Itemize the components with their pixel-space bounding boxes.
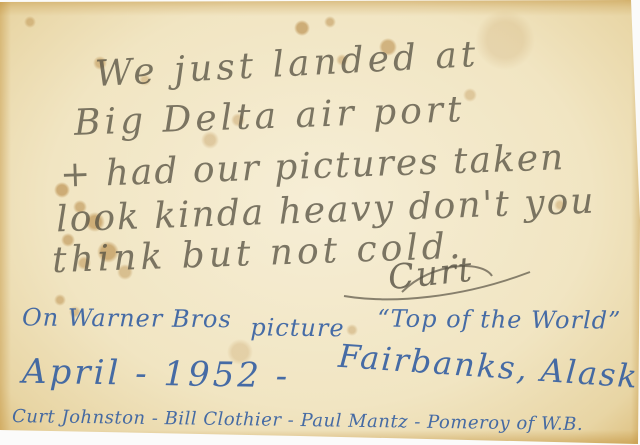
- ink-production-line: On Warner Bros picture “Top of the World…: [22, 303, 622, 336]
- production-prefix: On Warner Bros: [22, 303, 232, 333]
- film-title: “Top of the World”: [377, 304, 621, 334]
- production-word: picture: [250, 313, 345, 342]
- names-line: Curt Johnston - Bill Clothier - Paul Man…: [12, 406, 583, 435]
- date-text: April - 1952 -: [22, 352, 291, 397]
- pencil-line-1: We just landed at: [94, 34, 480, 95]
- pencil-line-2: Big Delta air port: [73, 89, 466, 144]
- postcard-back: We just landed at Big Delta air port + h…: [0, 0, 640, 445]
- location-text: Fairbanks, Alaska: [337, 337, 640, 397]
